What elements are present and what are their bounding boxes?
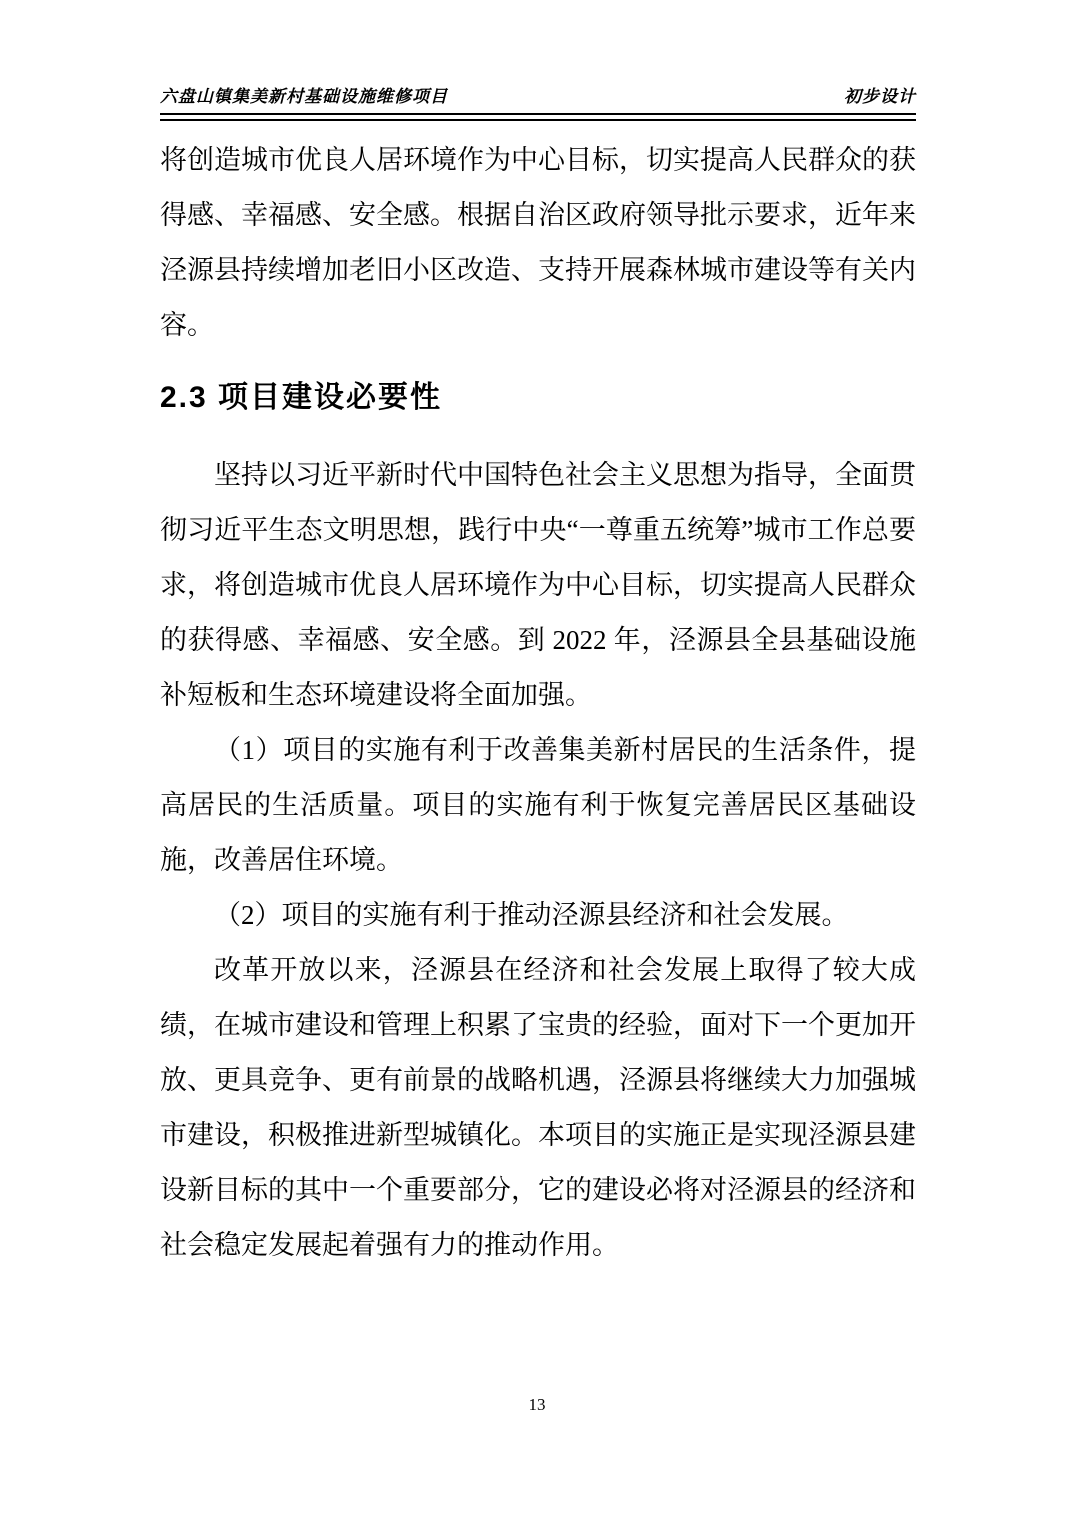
paragraph-point-1: （1）项目的实施有利于改善集美新村居民的生活条件，提高居民的生活质量。项目的实施… bbox=[160, 723, 916, 888]
paragraph-point-2: （2）项目的实施有利于推动泾源县经济和社会发展。 bbox=[160, 888, 916, 943]
page-number: 13 bbox=[529, 1395, 546, 1414]
header-project-title: 六盘山镇集美新村基础设施维修项目 bbox=[160, 86, 448, 107]
document-body: 将创造城市优良人居环境作为中心目标，切实提高人民群众的获得感、幸福感、安全感。根… bbox=[160, 133, 916, 1273]
paragraph-guiding-ideology: 坚持以习近平新时代中国特色社会主义思想为指导，全面贯彻习近平生态文明思想，践行中… bbox=[160, 448, 916, 723]
section-heading-2-3: 2.3 项目建设必要性 bbox=[160, 375, 916, 421]
document-page: 六盘山镇集美新村基础设施维修项目 初步设计 将创造城市优良人居环境作为中心目标，… bbox=[0, 0, 1074, 1520]
header-divider-rule bbox=[160, 113, 916, 121]
paragraph-reform-development: 改革开放以来，泾源县在经济和社会发展上取得了较大成绩，在城市建设和管理上积累了宝… bbox=[160, 943, 916, 1273]
paragraph-intro-continuation: 将创造城市优良人居环境作为中心目标，切实提高人民群众的获得感、幸福感、安全感。根… bbox=[160, 133, 916, 353]
page-header: 六盘山镇集美新村基础设施维修项目 初步设计 bbox=[160, 86, 916, 107]
header-doc-stage: 初步设计 bbox=[844, 86, 916, 107]
page-footer: 13 bbox=[0, 1393, 1074, 1417]
